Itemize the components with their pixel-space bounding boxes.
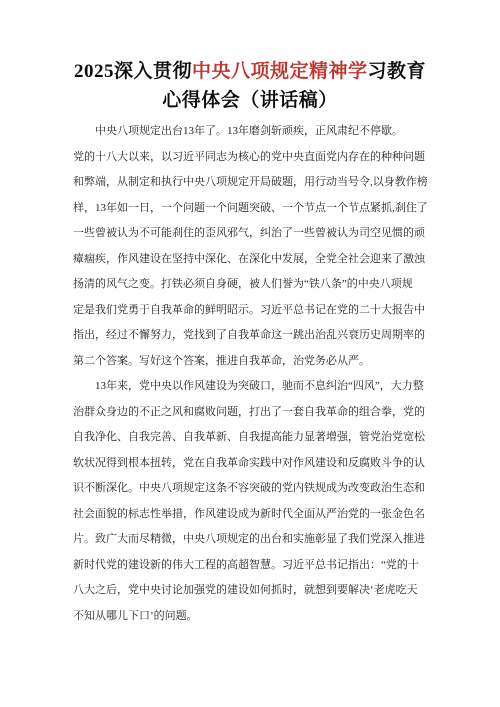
body-text-line: 党的十八大以来，以习近平同志为核心的党中央直面党内存在的种种问题	[73, 145, 427, 171]
body-text-line: 第二个答案。写好这个答案，推进自我革命，治党务必从严。	[73, 349, 427, 375]
body-text-line: 软状况得到根本扭转，党在自我革命实践中对作风建设和反腐败斗争的认	[73, 451, 427, 477]
body-text-line: 中央八项规定出台13年了。13年磨剑斩顽疾，正风肃纪不停歇。	[73, 119, 427, 145]
document-body: 中央八项规定出台13年了。13年磨剑斩顽疾，正风肃纪不停歇。党的十八大以来，以习…	[73, 119, 427, 629]
body-text-line: 社会面貌的标志性举措，作风建设成为新时代全面从严治党的一张金色名	[73, 502, 427, 528]
body-text-line: 片。致广大而尽精微，中央八项规定的出台和实施彰显了我们党深入推进	[73, 527, 427, 553]
title-line-2: 心得体会（讲话稿）	[73, 86, 427, 115]
body-text-line: 治群众身边的不正之风和腐败问题，打出了一套自我革命的组合拳，党的	[73, 400, 427, 426]
title-segment-red: 中央八项规定精神学	[192, 61, 368, 82]
body-text-line: 定是我们党勇于自我革命的鲜明昭示。习近平总书记在党的二十大报告中	[73, 298, 427, 324]
title-segment-black-1: 2025深入贯彻	[74, 61, 192, 82]
body-text-line: 新时代党的建设新的伟大工程的高超智慧。习近平总书记指出：“党的十	[73, 553, 427, 579]
body-text-line: 自我净化、自我完善、自我革新、自我提高能力显著增强，管党治党宽松	[73, 425, 427, 451]
title-segment-black-2: 习教育	[368, 61, 427, 82]
body-text-line: 指出，经过不懈努力，党找到了自我革命这一跳出治乱兴衰历史周期率的	[73, 323, 427, 349]
document-title: 2025深入贯彻中央八项规定精神学习教育 心得体会（讲话稿）	[73, 57, 427, 115]
body-text-line: 样，13年如一日，一个问题一个问题突破、一个节点一个节点紧抓,刹住了	[73, 196, 427, 222]
body-text-line: 不知从哪儿下口’的问题。	[73, 604, 427, 630]
body-text-line: 13年来，党中央以作风建设为突破口，驰而不息纠治“四风”，大力整	[73, 374, 427, 400]
title-line-1: 2025深入贯彻中央八项规定精神学习教育	[73, 57, 427, 86]
document-page: 2025深入贯彻中央八项规定精神学习教育 心得体会（讲话稿） 中央八项规定出台1…	[0, 0, 500, 707]
body-text-line: 八大之后，党中央讨论加强党的建设如何抓时，就想到要解决‘老虎吃天	[73, 578, 427, 604]
body-text-line: 和弊端，从制定和执行中央八项规定开局破题，用行动当号令,以身教作榜	[73, 170, 427, 196]
body-text-line: 一些曾被认为不可能刹住的歪风邪气，纠治了一些曾被认为司空见惯的顽	[73, 221, 427, 247]
body-text-line: 识不断深化。中央八项规定这条不容突破的党内铁规成为改变政治生态和	[73, 476, 427, 502]
body-text-line: 扬清的风气之变。打铁必须自身硬，被人们誉为“铁八条”的中央八项规	[73, 272, 427, 298]
body-text-line: 瘴痼疾，作风建设在坚持中深化、在深化中发展，全党全社会迎来了激浊	[73, 247, 427, 273]
